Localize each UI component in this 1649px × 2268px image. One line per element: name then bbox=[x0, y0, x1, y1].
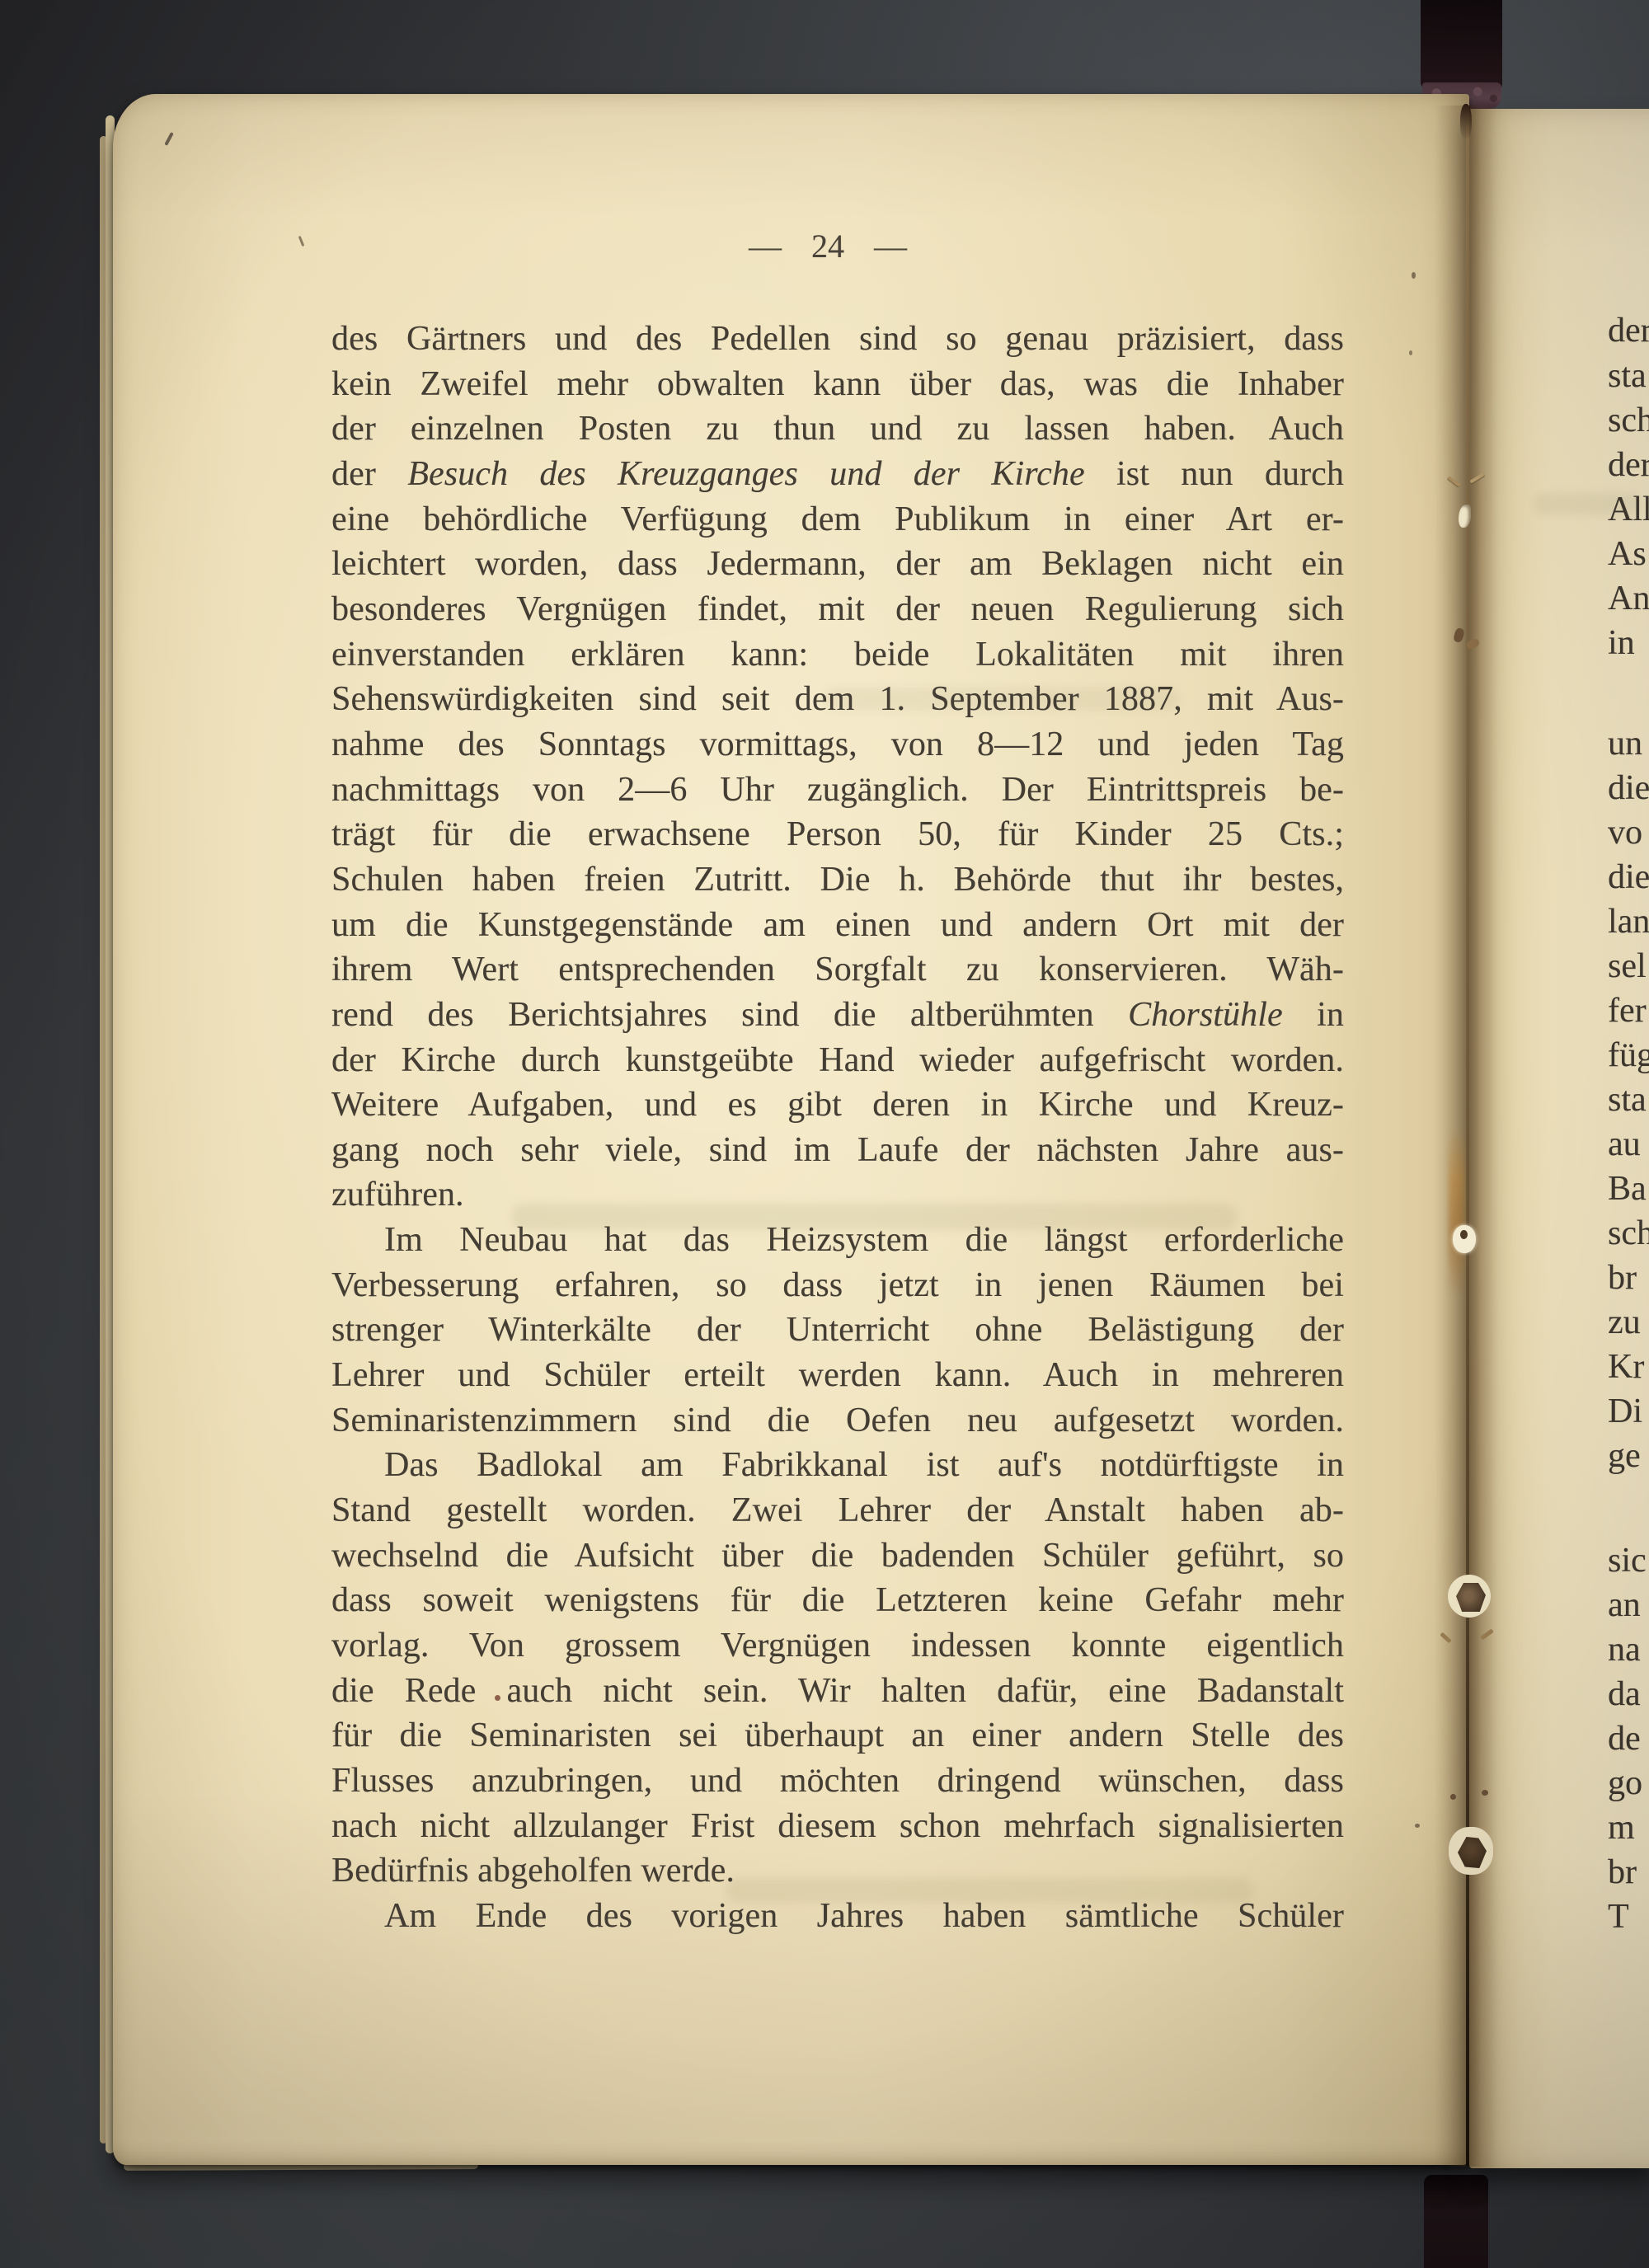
binding-hole-dot bbox=[1460, 1230, 1468, 1239]
truncated-text-line: Ba bbox=[1608, 1169, 1647, 1209]
text-line: strenger Winterkälte der Unterricht ohne… bbox=[331, 1308, 1344, 1353]
truncated-text-line: As bbox=[1608, 534, 1647, 574]
text-line: Bedürfnis abgeholfen werde. bbox=[331, 1848, 1344, 1894]
text-line: nahme des Sonntags vormittags, von 8—12 … bbox=[331, 722, 1344, 768]
truncated-text-line: T bbox=[1608, 1897, 1629, 1937]
text-line: leichtert worden, dass Jedermann, der am… bbox=[331, 542, 1344, 587]
text-line: nachmittags von 2—6 Uhr zugänglich. Der … bbox=[331, 768, 1344, 813]
text-line: wechselnd die Aufsicht über die badenden… bbox=[331, 1533, 1344, 1579]
truncated-text-line: Kr bbox=[1608, 1347, 1644, 1387]
text-line: Stand gestellt worden. Zwei Lehrer der A… bbox=[331, 1488, 1344, 1533]
scanned-book-photo: — 24 — des Gärtners und des Pedellen sin… bbox=[0, 0, 1649, 2268]
gutter-notch bbox=[1460, 104, 1472, 140]
text-line: eine behördliche Verfügung dem Publikum … bbox=[331, 497, 1344, 542]
text-line: Das Badlokal am Fabrikkanal ist auf's no… bbox=[331, 1443, 1344, 1488]
truncated-text-line: da bbox=[1608, 1674, 1641, 1714]
paper-speck bbox=[1415, 1824, 1420, 1828]
truncated-text-line: Di bbox=[1608, 1392, 1642, 1431]
text-line: der Kirche durch kunstgeübte Hand wieder… bbox=[331, 1038, 1344, 1083]
truncated-text-line: füg bbox=[1608, 1035, 1649, 1075]
paper-stain bbox=[1449, 1128, 1464, 1297]
truncated-text-line: br bbox=[1608, 1258, 1637, 1298]
text-line: Seminaristenzimmern sind die Oefen neu a… bbox=[331, 1398, 1344, 1444]
truncated-text-line: in bbox=[1608, 623, 1635, 663]
text-line: des Gärtners und des Pedellen sind so ge… bbox=[331, 317, 1344, 362]
binding-dot bbox=[1482, 1790, 1488, 1796]
truncated-text-line: All bbox=[1608, 490, 1649, 529]
text-line: der einzelnen Posten zu thun und zu lass… bbox=[331, 406, 1344, 452]
truncated-text-line: sic bbox=[1608, 1541, 1647, 1580]
truncated-text-line: An bbox=[1608, 579, 1649, 618]
text-line: zuführen. bbox=[331, 1172, 1344, 1218]
text-line: die Rede auch nicht sein. Wir halten daf… bbox=[331, 1669, 1344, 1714]
truncated-text-line: die bbox=[1608, 768, 1649, 808]
truncated-text-line: der bbox=[1608, 445, 1649, 485]
truncated-text-line: fer bbox=[1608, 991, 1647, 1031]
truncated-text-line: ge bbox=[1608, 1436, 1641, 1476]
truncated-text-line: sta bbox=[1608, 356, 1647, 396]
truncated-text-line: na bbox=[1608, 1630, 1641, 1669]
truncated-text-line: sch bbox=[1608, 1214, 1649, 1253]
text-line: der Besuch des Kreuzganges und der Kirch… bbox=[331, 452, 1344, 497]
truncated-text-line: zu bbox=[1608, 1303, 1641, 1342]
text-line: Flusses anzubringen, und möchten dringen… bbox=[331, 1759, 1344, 1804]
truncated-text-line: go bbox=[1608, 1763, 1642, 1803]
text-line: Verbesserung erfahren, so dass jetzt in … bbox=[331, 1263, 1344, 1308]
truncated-text-line: vo bbox=[1608, 813, 1642, 852]
paper-speck bbox=[1412, 272, 1416, 279]
truncated-text-line: die bbox=[1608, 857, 1649, 897]
text-line: Schulen haben freien Zutritt. Die h. Beh… bbox=[331, 857, 1344, 903]
text-line: kein Zweifel mehr obwalten kann über das… bbox=[331, 362, 1344, 407]
text-line: um die Kunstgegenstände am einen und and… bbox=[331, 903, 1344, 948]
text-line: trägt für die erwachsene Person 50, für … bbox=[331, 812, 1344, 857]
truncated-text-line: sch bbox=[1608, 401, 1649, 440]
text-line: besonderes Vergnügen findet, mit der neu… bbox=[331, 587, 1344, 632]
truncated-text-line: de bbox=[1608, 1719, 1641, 1759]
truncated-text-line: an bbox=[1608, 1585, 1641, 1625]
binding-dot bbox=[1450, 1794, 1456, 1800]
paper-speck bbox=[1409, 350, 1412, 355]
truncated-text-line: m bbox=[1608, 1808, 1635, 1848]
truncated-text-line: sel bbox=[1608, 946, 1647, 986]
truncated-text-line: au bbox=[1608, 1125, 1641, 1164]
page-number-header: — 24 — bbox=[322, 224, 1334, 269]
text-line: nach nicht allzulanger Frist diesem scho… bbox=[331, 1804, 1344, 1849]
left-page-text: des Gärtners und des Pedellen sind so ge… bbox=[331, 317, 1344, 1939]
text-line: gang noch sehr viele, sind im Laufe der … bbox=[331, 1128, 1344, 1173]
text-line: Sehenswürdigkeiten sind seit dem 1. Sept… bbox=[331, 677, 1344, 722]
text-line: vorlag. Von grossem Vergnügen indessen k… bbox=[331, 1623, 1344, 1669]
truncated-text-line: der bbox=[1608, 311, 1649, 350]
book-spine-bottom bbox=[1424, 2175, 1488, 2268]
text-line: Am Ende des vorigen Jahres haben sämtlic… bbox=[331, 1894, 1344, 1939]
ink-speck bbox=[495, 1695, 500, 1701]
truncated-text-line: lan bbox=[1608, 902, 1649, 941]
text-line: Im Neubau hat das Heizsystem die längst … bbox=[331, 1218, 1344, 1263]
text-line: Lehrer und Schüler erteilt werden kann. … bbox=[331, 1353, 1344, 1398]
text-line: Weitere Aufgaben, und es gibt deren in K… bbox=[331, 1082, 1344, 1128]
truncated-text-line: br bbox=[1608, 1852, 1637, 1892]
text-line: ihrem Wert entsprechenden Sorgfalt zu ko… bbox=[331, 947, 1344, 993]
text-line: einverstanden erklären kann: beide Lokal… bbox=[331, 632, 1344, 678]
book-spine-top bbox=[1421, 0, 1502, 89]
truncated-text-line: sta bbox=[1608, 1080, 1647, 1120]
text-line: für die Seminaristen sei überhaupt an ei… bbox=[331, 1713, 1344, 1759]
text-line: dass soweit wenigstens für die Letzteren… bbox=[331, 1578, 1344, 1623]
text-line: rend des Berichtsjahres sind die altberü… bbox=[331, 993, 1344, 1038]
truncated-text-line: un bbox=[1608, 724, 1642, 763]
